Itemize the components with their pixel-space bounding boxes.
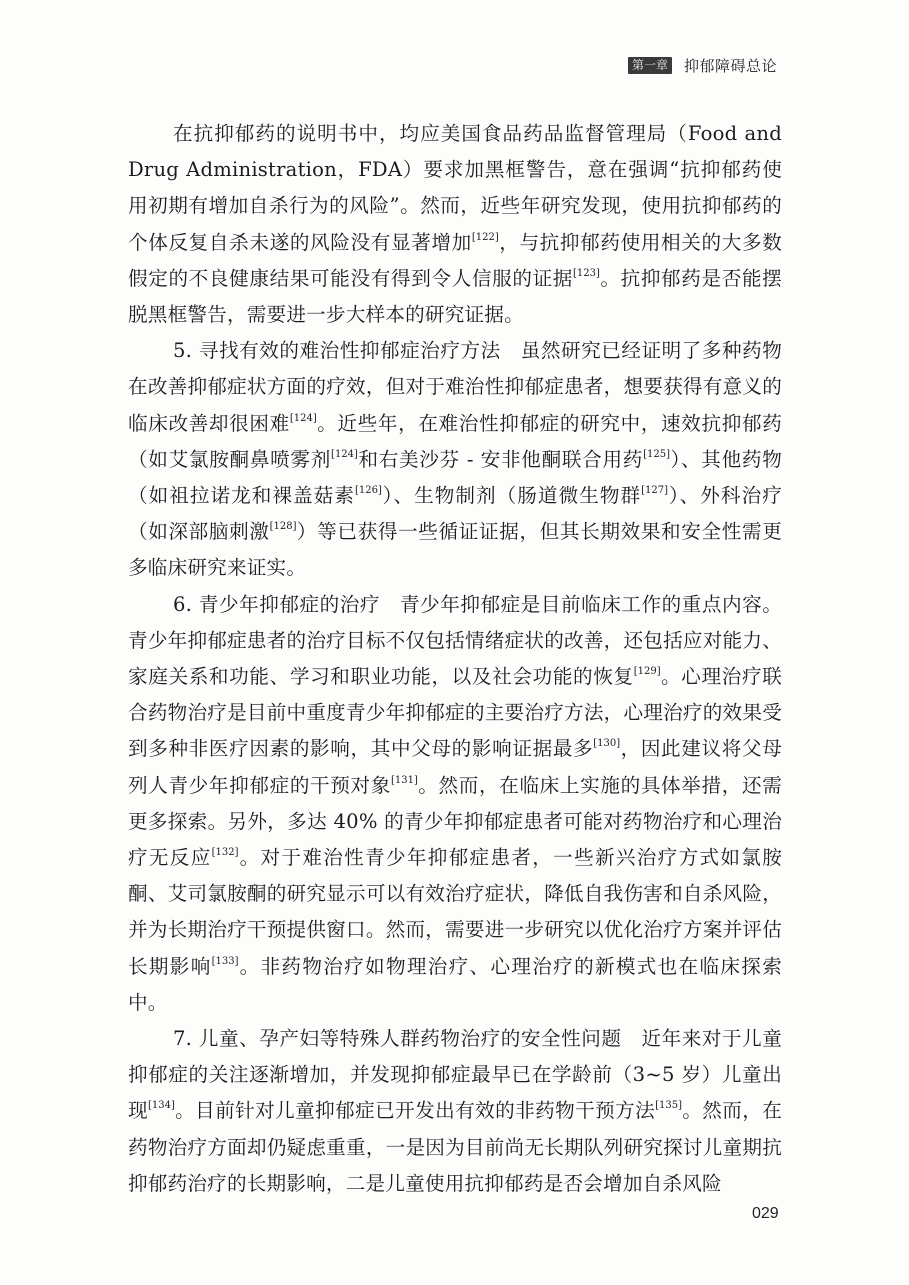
text-run: 。目前针对儿童抑郁症已开发出有效的非药物干预方法 xyxy=(175,1099,655,1122)
running-head: 第一章 抑郁障碍总论 xyxy=(628,55,777,76)
page-number: 029 xyxy=(752,1205,779,1223)
paragraph-special-populations: 7. 儿童、孕产妇等特殊人群药物治疗的安全性问题近年来对于儿童抑郁症的关注逐渐增… xyxy=(128,1021,782,1202)
citation-ref: [131] xyxy=(391,775,418,786)
citation-ref: [123] xyxy=(573,268,600,279)
paragraph-black-box-warning: 在抗抑郁药的说明书中，均应美国食品药品监督管理局（Food and Drug A… xyxy=(128,116,782,333)
citation-ref: [133] xyxy=(212,956,239,967)
citation-ref: [130] xyxy=(593,738,620,749)
chapter-title: 抑郁障碍总论 xyxy=(684,55,777,76)
citation-ref: [134] xyxy=(148,1100,175,1111)
paragraph-adolescent-depression: 6. 青少年抑郁症的治疗青少年抑郁症是目前临床工作的重点内容。青少年抑郁症患者的… xyxy=(128,587,782,1021)
section-heading: 7. 儿童、孕产妇等特殊人群药物治疗的安全性问题 xyxy=(173,1027,621,1050)
citation-ref: [128] xyxy=(270,521,297,532)
paragraph-treatment-resistant-depression: 5. 寻找有效的难治性抑郁症治疗方法虽然研究已经证明了多种药物在改善抑郁症状方面… xyxy=(128,333,782,586)
section-heading: 5. 寻找有效的难治性抑郁症治疗方法 xyxy=(173,339,501,362)
citation-ref: [122] xyxy=(472,232,499,243)
text-run: 和右美沙芬 - 安非他酮联合用药 xyxy=(358,448,643,471)
chapter-tag: 第一章 xyxy=(628,57,672,74)
text-run: ）、生物制剂（肠道微生物群 xyxy=(382,484,641,507)
citation-ref: [124] xyxy=(290,413,317,424)
body-text: 在抗抑郁药的说明书中，均应美国食品药品监督管理局（Food and Drug A… xyxy=(128,116,782,1202)
citation-ref: [127] xyxy=(641,485,668,496)
citation-ref: [135] xyxy=(655,1100,682,1111)
citation-ref: [129] xyxy=(634,666,661,677)
citation-ref: [126] xyxy=(355,485,382,496)
section-heading: 6. 青少年抑郁症的治疗 xyxy=(173,593,380,616)
citation-ref: [124] xyxy=(331,449,358,460)
citation-ref: [132] xyxy=(212,847,239,858)
citation-ref: [125] xyxy=(643,449,670,460)
